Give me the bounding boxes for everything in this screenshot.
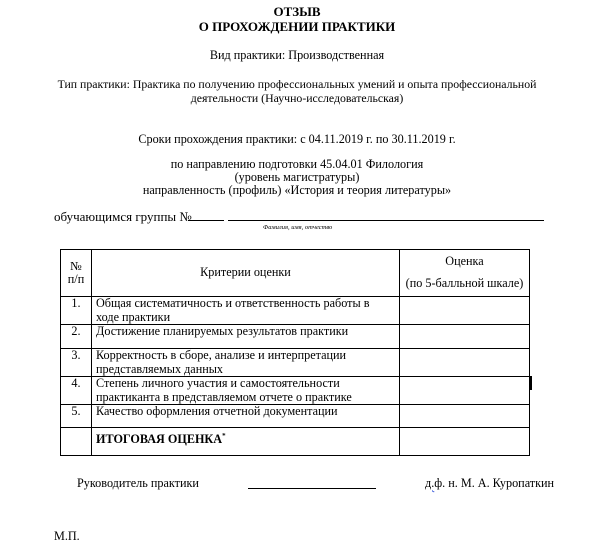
total-num-cell (61, 428, 92, 456)
document-title-line1: ОТЗЫВ (0, 4, 594, 19)
row-criteria: Корректность в сборе, анализе и интерпре… (92, 349, 400, 377)
stamp-label: М.П. (54, 529, 80, 544)
practice-type-line1: Тип практики: Практика по получению проф… (0, 77, 594, 91)
document-title-line2: О ПРОХОЖДЕНИИ ПРАКТИКИ (0, 19, 594, 34)
row-criteria: Общая систематичность и ответственность … (92, 297, 400, 325)
row-score-cell[interactable] (400, 405, 530, 428)
practice-dates: Сроки прохождения практики: с 04.11.2019… (0, 132, 594, 146)
row-criteria: Степень личного участия и самостоятельно… (92, 377, 400, 405)
row-number: 2. (61, 325, 92, 349)
row-score-cell[interactable] (400, 377, 530, 405)
row-number: 5. (61, 405, 92, 428)
header-score: Оценка (по 5-балльной шкале) (400, 250, 530, 297)
training-direction: по направлению подготовки 45.04.01 Филол… (0, 157, 594, 171)
total-footnote-mark: * (222, 432, 226, 440)
row-criteria: Качество оформления отчетной документаци… (92, 405, 400, 428)
education-level: (уровень магистратуры) (0, 170, 594, 184)
row-number: 4. (61, 377, 92, 405)
table-total-row: ИТОГОВАЯ ОЦЕНКА* (61, 428, 530, 456)
text-cursor (530, 376, 532, 390)
signature-field[interactable] (248, 488, 376, 489)
row-criteria: Достижение планируемых результатов практ… (92, 325, 400, 349)
practice-type-line2: деятельности (Научно-исследовательская) (0, 91, 594, 105)
training-profile: направленность (профиль) «История и теор… (0, 183, 594, 197)
row-number: 1. (61, 297, 92, 325)
evaluation-table: № п/п Критерии оценки Оценка (по 5-балль… (60, 249, 530, 456)
header-num: № п/п (61, 250, 92, 297)
table-row: 4. Степень личного участия и самостоятел… (61, 377, 530, 405)
group-number-field[interactable] (188, 220, 224, 221)
total-label: ИТОГОВАЯ ОЦЕНКА* (92, 428, 400, 456)
table-row: 2. Достижение планируемых результатов пр… (61, 325, 530, 349)
student-name-field[interactable] (228, 220, 544, 221)
table-row: 1. Общая систематичность и ответственнос… (61, 297, 530, 325)
supervisor-label: Руководитель практики (77, 476, 199, 491)
practice-kind: Вид практики: Производственная (0, 48, 594, 62)
row-score-cell[interactable] (400, 325, 530, 349)
total-score-cell[interactable] (400, 428, 530, 456)
table-header-row: № п/п Критерии оценки Оценка (по 5-балль… (61, 250, 530, 297)
table-row: 5. Качество оформления отчетной документ… (61, 405, 530, 428)
table-row: 3. Корректность в сборе, анализе и интер… (61, 349, 530, 377)
header-criteria: Критерии оценки (92, 250, 400, 297)
supervisor-name: д.ф. н. М. А. Куропаткин (425, 476, 554, 491)
row-score-cell[interactable] (400, 297, 530, 325)
student-name-caption: Фамилия, имя, отчество (263, 224, 332, 231)
spellcheck-underlined-text: д. (425, 476, 434, 490)
row-score-cell[interactable] (400, 349, 530, 377)
row-number: 3. (61, 349, 92, 377)
student-group-label: обучающимся группы № (54, 209, 192, 225)
